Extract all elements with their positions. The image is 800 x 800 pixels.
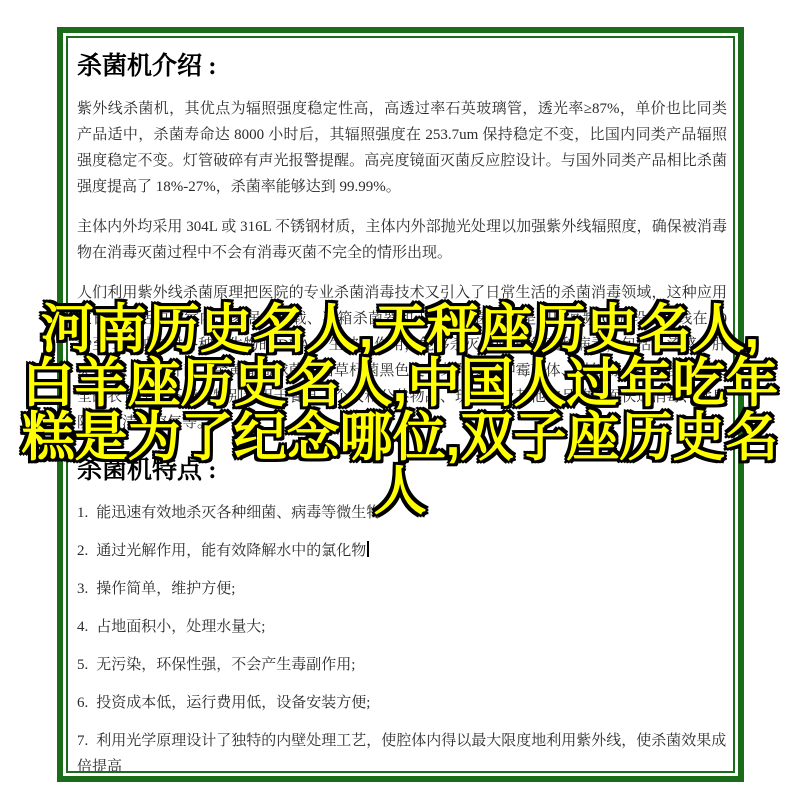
overlay-title-line: 河南历史名人,天秤座历史名人, xyxy=(0,303,800,357)
feature-number: 7. xyxy=(77,733,88,749)
feature-item-2: 2.通过光解作用，能有效降解水中的氯化物 xyxy=(77,538,727,564)
feature-item-7: 7.利用光学原理设计了独特的内壁处理工艺，使腔体内得以最大限度地利用紫外线，使杀… xyxy=(77,728,727,773)
overlay-title-line: 白羊座历史名人,中国人过年吃年 xyxy=(0,357,800,411)
feature-item-6: 6.投资成本低，运行费用低，设备安装方便; xyxy=(77,690,727,716)
feature-number: 5. xyxy=(77,657,88,673)
text-cursor xyxy=(367,541,369,557)
feature-text: 通过光解作用，能有效降解水中的氯化物 xyxy=(96,543,366,559)
intro-heading: 杀菌机介绍 : xyxy=(77,52,727,82)
feature-item-3: 3.操作简单，维护方便; xyxy=(77,576,727,602)
page: { "frame": { "border_color": "#1a6b1a" }… xyxy=(0,0,800,800)
feature-text: 无污染，环保性强，不会产生毒副作用; xyxy=(96,657,355,673)
feature-number: 6. xyxy=(77,695,88,711)
overlay-title-line: 人 xyxy=(0,465,800,519)
feature-number: 3. xyxy=(77,581,88,597)
feature-text: 占地面积小，处理水量大; xyxy=(96,619,265,635)
overlay-title-line: 糕是为了纪念哪位,双子座历史名 xyxy=(0,411,800,465)
feature-number: 2. xyxy=(77,543,88,559)
features-list: 1.能迅速有效地杀灭各种细菌、病毒等微生物 2.通过光解作用，能有效降解水中的氯… xyxy=(77,500,727,773)
feature-item-4: 4.占地面积小，处理水量大; xyxy=(77,614,727,640)
intro-paragraph-1: 紫外线杀菌机，其优点为辐照强度稳定性高，高透过率石英玻璃管，透光率≥87%，单价… xyxy=(77,96,727,200)
feature-number: 4. xyxy=(77,619,88,635)
intro-paragraph-2: 主体内外均采用 304L 或 316L 不锈钢材质，主体内外部抛光处理以加强紫外… xyxy=(77,214,727,266)
feature-text: 利用光学原理设计了独特的内壁处理工艺，使腔体内得以最大限度地利用紫外线，使杀菌效… xyxy=(77,733,726,773)
overlay-title: 河南历史名人,天秤座历史名人, 白羊座历史名人,中国人过年吃年 糕是为了纪念哪位… xyxy=(0,303,800,519)
feature-text: 投资成本低，运行费用低，设备安装方便; xyxy=(96,695,370,711)
feature-item-5: 5.无污染，环保性强，不会产生毒副作用; xyxy=(77,652,727,678)
feature-text: 操作简单，维护方便; xyxy=(96,581,235,597)
